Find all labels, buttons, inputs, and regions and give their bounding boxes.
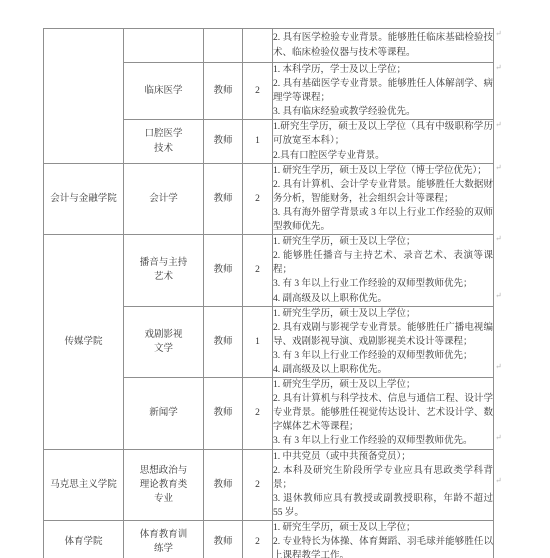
- requirement-item: 1. 研究生学历，硕士及以上学位（博士学位优先）；: [273, 164, 493, 178]
- paragraph-mark-icon: ↵: [495, 30, 502, 38]
- paragraph-mark-icon: ↵: [495, 292, 502, 300]
- requirement-item: 2. 具有戏剧与影视学专业背景。能够胜任广播电视编导、戏剧影视导演、戏剧影视美术…: [273, 321, 493, 349]
- requirement-item: 1. 研究生学历，硕士及以上学位；: [273, 378, 493, 392]
- major-cell: 播音与主持 艺术: [124, 235, 204, 306]
- major-cell: 戏剧影视 文学: [124, 306, 204, 377]
- requirement-item: 1. 研究生学历，硕士及以上学位；: [273, 235, 493, 249]
- requirements-cell: 1. 研究生学历，硕士及以上学位（博士学位优先）； 2. 具有计算机、会计学专业…: [273, 163, 494, 234]
- requirement-item: 4. 副高级及以上职称优先。: [273, 363, 493, 377]
- paragraph-mark-icon: ↵: [495, 477, 502, 485]
- count-cell: [243, 29, 273, 63]
- requirements-cell: 2. 具有医学检验专业背景。能够胜任临床基础检验技术、临床检验仪器与技术等课程。: [273, 29, 494, 63]
- requirement-item: 3. 具有海外留学背景或 3 年以上行业工作经验的双师型教师优先。: [273, 206, 493, 234]
- requirements-cell: 1. 研究生学历，硕士及以上学位； 2. 具有计算机与科学技术、信息与通信工程、…: [273, 378, 494, 449]
- requirements-cell: 1. 中共党员（或中共预备党员）； 2. 本科及研究生阶段所学专业应具有思政类学…: [273, 449, 494, 520]
- position-cell: 教师: [204, 163, 243, 234]
- count-cell: 2: [243, 163, 273, 234]
- requirement-item: 1. 研究生学历，硕士及以上学位；: [273, 521, 493, 535]
- count-cell: 2: [243, 63, 273, 120]
- college-cell: [44, 29, 124, 164]
- requirement-item: 1. 本科学历，学士及以上学位；: [273, 63, 493, 77]
- table-row: 马克思主义学院 思想政治与 理论教育类 专业 教师 2 1. 中共党员（或中共预…: [44, 449, 494, 520]
- major-cell: 体育教育训 练学: [124, 521, 204, 558]
- count-cell: 1: [243, 120, 273, 163]
- requirement-item: 3. 有 3 年以上行业工作经验的双师型教师优先；: [273, 349, 493, 363]
- table-row: 体育学院 体育教育训 练学 教师 2 1. 研究生学历，硕士及以上学位； 2. …: [44, 521, 494, 558]
- requirement-item: 3. 有 3 年以上行业工作经验的双师型教师优先；: [273, 277, 493, 291]
- paragraph-mark-icon: ↵: [495, 235, 502, 243]
- requirement-item: 1. 中共党员（或中共预备党员）；: [273, 450, 493, 464]
- major-cell: [124, 29, 204, 63]
- position-cell: 教师: [204, 63, 243, 120]
- college-cell: 体育学院: [44, 521, 124, 558]
- major-cell: 思想政治与 理论教育类 专业: [124, 449, 204, 520]
- college-cell: 马克思主义学院: [44, 449, 124, 520]
- requirements-cell: 1. 研究生学历，硕士及以上学位； 2. 具有戏剧与影视学专业背景。能够胜任广播…: [273, 306, 494, 377]
- major-cell: 会计学: [124, 163, 204, 234]
- paragraph-mark-icon: ↵: [495, 121, 502, 129]
- position-cell: 教师: [204, 449, 243, 520]
- count-cell: 2: [243, 449, 273, 520]
- count-cell: 2: [243, 378, 273, 449]
- position-cell: 教师: [204, 120, 243, 163]
- requirement-item: 2. 具有计算机、会计学专业背景。能够胜任大数据财务分析，智能财务，社会组织会计…: [273, 178, 493, 206]
- count-cell: 2: [243, 521, 273, 558]
- major-cell: 口腔医学 技术: [124, 120, 204, 163]
- position-cell: 教师: [204, 306, 243, 377]
- college-cell: 传媒学院: [44, 235, 124, 449]
- requirements-cell: 1. 研究生学历，硕士及以上学位； 2. 专业特长为体操、体育舞蹈、羽毛球并能够…: [273, 521, 494, 558]
- position-cell: 教师: [204, 521, 243, 558]
- requirement-item: 2. 具有基础医学专业背景。能够胜任人体解剖学、病理学等课程；: [273, 77, 493, 105]
- requirement-item: 1. 研究生学历，硕士及以上学位；: [273, 307, 493, 321]
- requirement-item: 2. 能够胜任播音与主持艺术、录音艺术、表演等课程；: [273, 249, 493, 277]
- requirement-item: 2.具有口腔医学专业背景。: [273, 149, 493, 163]
- requirement-item: 2. 本科及研究生阶段所学专业应具有思政类学科背景；: [273, 464, 493, 492]
- recruitment-table: 2. 具有医学检验专业背景。能够胜任临床基础检验技术、临床检验仪器与技术等课程。…: [43, 28, 494, 558]
- table-row: 会计与金融学院 会计学 教师 2 1. 研究生学历，硕士及以上学位（博士学位优先…: [44, 163, 494, 234]
- requirement-item: 2. 具有计算机与科学技术、信息与通信工程、设计学专业背景。能够胜任视觉传达设计…: [273, 392, 493, 434]
- requirements-cell: 1. 研究生学历，硕士及以上学位； 2. 能够胜任播音与主持艺术、录音艺术、表演…: [273, 235, 494, 306]
- requirement-item: 2. 专业特长为体操、体育舞蹈、羽毛球并能够胜任以上课程教学工作。: [273, 535, 493, 558]
- major-cell: 临床医学: [124, 63, 204, 120]
- requirement-item: 2. 具有医学检验专业背景。能够胜任临床基础检验技术、临床检验仪器与技术等课程。: [273, 31, 493, 59]
- table-row: 2. 具有医学检验专业背景。能够胜任临床基础检验技术、临床检验仪器与技术等课程。: [44, 29, 494, 63]
- requirement-item: 3. 具有临床经验或教学经验优先。: [273, 105, 493, 119]
- requirement-item: 1.研究生学历，硕士及以上学位（具有中级职称学历可放宽至本科）；: [273, 120, 493, 148]
- requirement-item: 3. 退休教师应具有教授或副教授职称，年龄不超过 55 岁。: [273, 492, 493, 520]
- requirement-item: 4. 副高级及以上职称优先。: [273, 292, 493, 306]
- document-page: 2. 具有医学检验专业背景。能够胜任临床基础检验技术、临床检验仪器与技术等课程。…: [0, 0, 550, 558]
- position-cell: 教师: [204, 378, 243, 449]
- requirements-cell: 1. 本科学历，学士及以上学位； 2. 具有基础医学专业背景。能够胜任人体解剖学…: [273, 63, 494, 120]
- position-cell: [204, 29, 243, 63]
- requirements-cell: 1.研究生学历，硕士及以上学位（具有中级职称学历可放宽至本科）； 2.具有口腔医…: [273, 120, 494, 163]
- college-cell: 会计与金融学院: [44, 163, 124, 234]
- count-cell: 2: [243, 235, 273, 306]
- major-cell: 新闻学: [124, 378, 204, 449]
- count-cell: 1: [243, 306, 273, 377]
- paragraph-mark-icon: ↵: [495, 363, 502, 371]
- paragraph-mark-icon: ↵: [495, 64, 502, 72]
- paragraph-mark-icon: ↵: [495, 164, 502, 172]
- table-row: 传媒学院 播音与主持 艺术 教师 2 1. 研究生学历，硕士及以上学位； 2. …: [44, 235, 494, 306]
- paragraph-mark-icon: ↵: [495, 434, 502, 442]
- requirement-item: 3. 有 3 年以上行业工作经验的双师型教师优先。: [273, 434, 493, 448]
- position-cell: 教师: [204, 235, 243, 306]
